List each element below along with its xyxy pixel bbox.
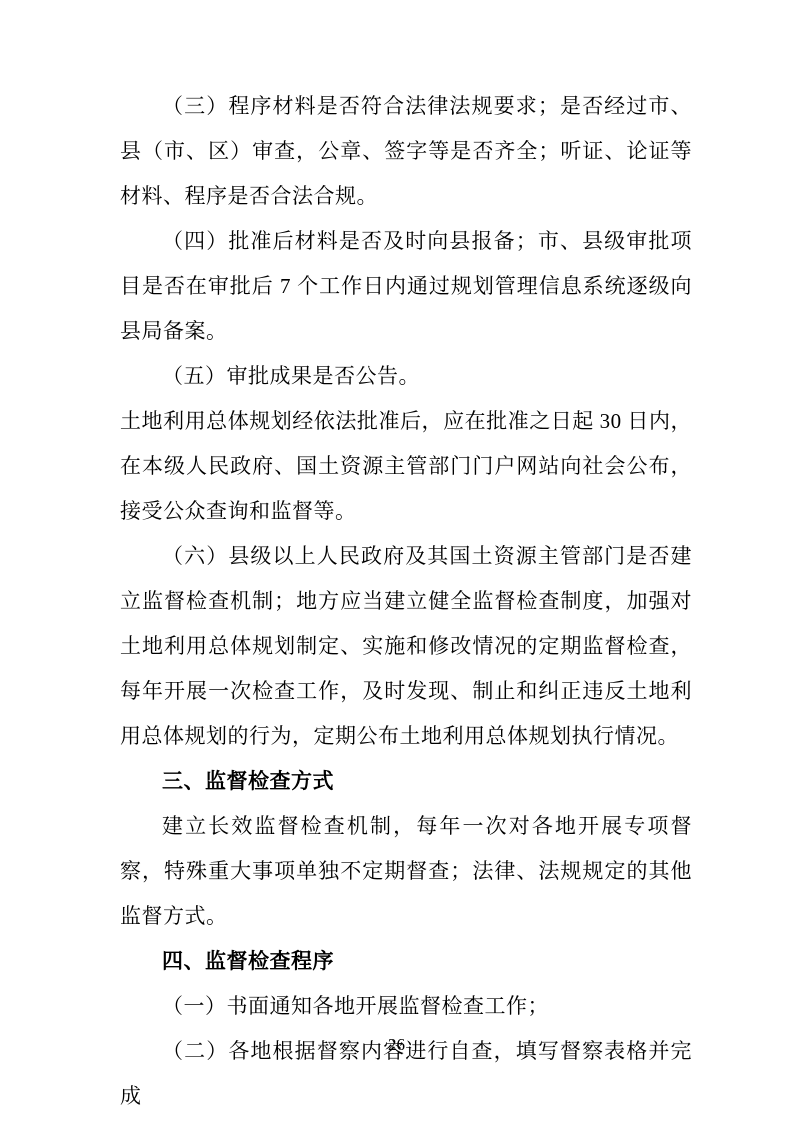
section-heading: 四、监督检查程序: [120, 939, 692, 984]
document-body: （三）程序材料是否符合法律法规要求；是否经过市、县（市、区）审查，公章、签字等是…: [120, 84, 692, 1119]
page-number: 26: [388, 1035, 405, 1054]
section-heading: 三、监督检查方式: [120, 759, 692, 804]
paragraph: 建立长效监督检查机制，每年一次对各地开展专项督察，特殊重大事项单独不定期督查；法…: [120, 804, 692, 939]
paragraph: 土地利用总体规划经依法批准后，应在批准之日起 30 日内，在本级人民政府、国土资…: [120, 399, 692, 534]
paragraph: （五）审批成果是否公告。: [120, 354, 692, 399]
paragraph: （一）书面通知各地开展监督检查工作；: [120, 984, 692, 1029]
paragraph: （四）批准后材料是否及时向县报备；市、县级审批项目是否在审批后 7 个工作日内通…: [120, 219, 692, 354]
paragraph: （六）县级以上人民政府及其国土资源主管部门是否建立监督检查机制；地方应当建立健全…: [120, 534, 692, 759]
page-footer: 26: [0, 1034, 793, 1056]
document-page: （三）程序材料是否符合法律法规要求；是否经过市、县（市、区）审查，公章、签字等是…: [0, 0, 793, 1122]
paragraph: （三）程序材料是否符合法律法规要求；是否经过市、县（市、区）审查，公章、签字等是…: [120, 84, 692, 219]
